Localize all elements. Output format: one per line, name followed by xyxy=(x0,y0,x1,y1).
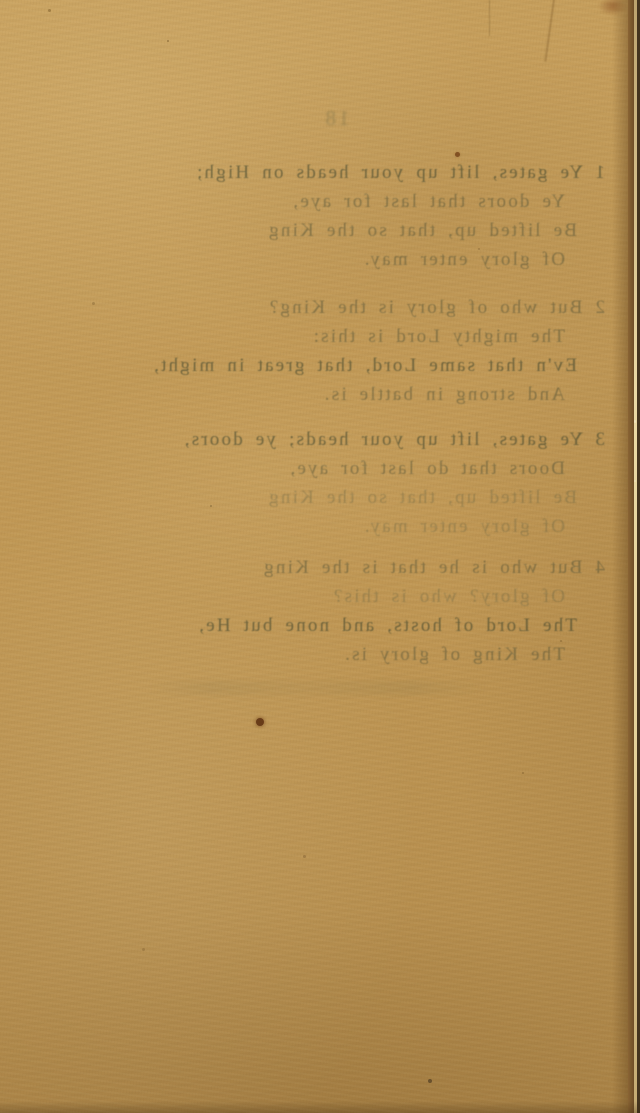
stanza-line: And strong in battle is. xyxy=(125,380,605,409)
stanza-line: 1 Ye gates, lift up your heads on High; xyxy=(125,158,605,187)
speck xyxy=(210,505,212,507)
stanza-line: Be lifted up, that so the King xyxy=(125,216,605,245)
stanza-3: 3 Ye gates, lift up your heads; ye doors… xyxy=(125,425,605,541)
stanza-line: 3 Ye gates, lift up your heads; ye doors… xyxy=(125,425,605,454)
faint-smudge-line xyxy=(148,681,488,695)
speck xyxy=(303,855,306,858)
stanza-line: Ev'n that same Lord, that great in might… xyxy=(125,351,605,380)
stanza-line: 4 But who is he that is the King xyxy=(125,553,605,582)
stanza-4: 4 But who is he that is the King Of glor… xyxy=(125,553,605,669)
speck xyxy=(167,40,169,42)
stanza-line: The King of glory is. xyxy=(125,640,605,669)
edge-dust-speck xyxy=(634,480,636,482)
speck xyxy=(560,640,562,642)
stanza-2: 2 But who of glory is the King? The migh… xyxy=(125,293,605,409)
speck xyxy=(92,302,95,305)
stanza-line: Of glory enter may. xyxy=(125,512,605,541)
page-edge-shadow xyxy=(612,0,629,1113)
stanza-line: 2 But who of glory is the King? xyxy=(125,293,605,322)
paper-crease xyxy=(489,0,490,36)
bottom-edge-shade xyxy=(0,1101,640,1113)
stanza-1: 1 Ye gates, lift up your heads on High; … xyxy=(125,158,605,274)
stanza-line: Of glory? who is this? xyxy=(125,582,605,611)
stanza-line: Be lifted up, that so the King xyxy=(125,483,605,512)
foxing-spot xyxy=(455,152,460,157)
scanned-page: 18 1 Ye gates, lift up your heads on Hig… xyxy=(0,0,640,1113)
stanza-line: Of glory enter may. xyxy=(125,245,605,274)
speck xyxy=(522,772,524,774)
stanza-line: Ye doors that last for aye, xyxy=(125,187,605,216)
foxing-spot xyxy=(256,718,264,726)
stanza-line: The mighty Lord is this: xyxy=(125,322,605,351)
edge-dust-speck xyxy=(634,420,636,423)
bleedthrough-hymn-text: 1 Ye gates, lift up your heads on High; … xyxy=(125,0,605,720)
speck xyxy=(142,948,145,951)
speck xyxy=(428,1079,432,1083)
speck xyxy=(48,9,51,12)
stanza-line: Doors that do last for aye, xyxy=(125,454,605,483)
stanza-line: The Lord of hosts, and none but He, xyxy=(125,611,605,640)
speck xyxy=(478,248,480,250)
